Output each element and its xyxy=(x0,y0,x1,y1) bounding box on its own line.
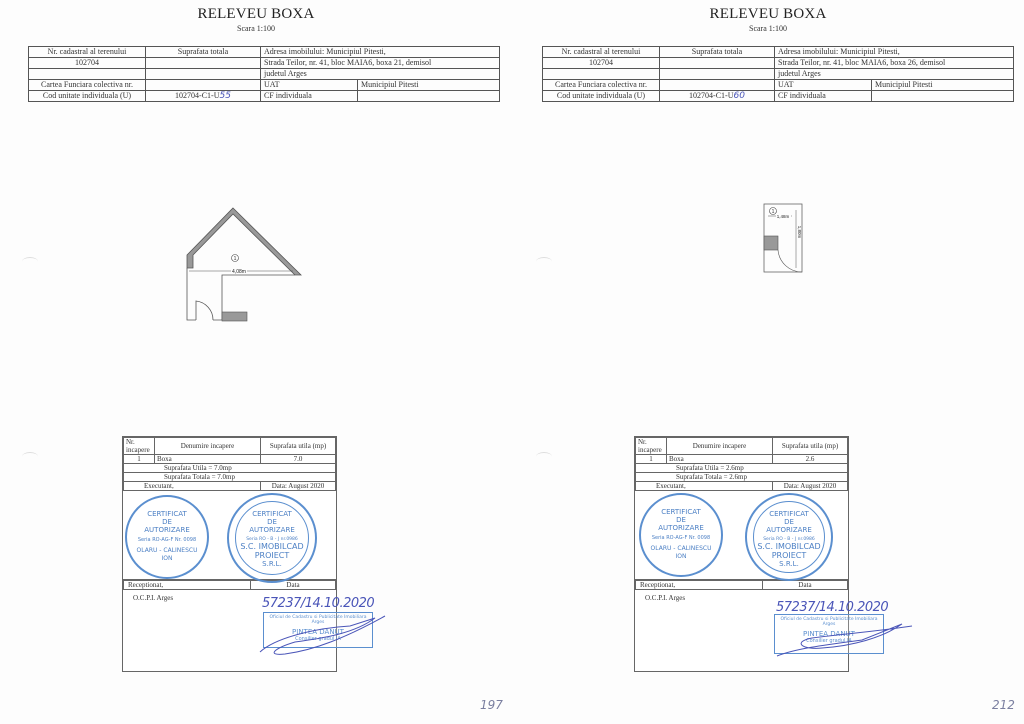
stamp-line: AUTORIZARE xyxy=(229,527,315,534)
col-name: Denumire incapere xyxy=(155,438,261,455)
cf-indiv-value xyxy=(358,91,500,102)
unit-code-handwritten: 60 xyxy=(734,91,745,101)
punch-hole-icon xyxy=(22,257,38,266)
address-line1: Adresa imobilului: Municipiul Pitesti, xyxy=(775,47,1014,58)
stamp-line: DE xyxy=(747,519,831,526)
unit-label: Cod unitate individuala (U) xyxy=(29,91,146,102)
stamp-line: CERTIFICAT xyxy=(747,511,831,518)
dimension-label: 4,08m xyxy=(232,269,246,275)
uat-label: UAT xyxy=(261,80,358,91)
row-name: Boxa xyxy=(667,455,773,464)
cf-indiv-label: CF individuala xyxy=(775,91,872,102)
surface-value xyxy=(660,58,775,69)
authorization-stamp: CERTIFICAT DE AUTORIZARE Seria RO-AG-F N… xyxy=(639,493,723,577)
data-label: Data xyxy=(763,581,848,590)
total-area: Suprafata Totala = 2.6mp xyxy=(636,473,848,482)
uat-value: Municipiul Pitesti xyxy=(872,80,1014,91)
executant-label: Executant, xyxy=(636,482,773,491)
empty-cell xyxy=(660,69,775,80)
unit-label: Cod unitate individuala (U) xyxy=(543,91,660,102)
stamp-line: ION xyxy=(641,553,721,560)
stamp-line: DE xyxy=(127,519,207,526)
stamp-line: CERTIFICAT xyxy=(641,509,721,516)
surface-label: Suprafata totala xyxy=(146,47,261,58)
date-label: Data: August 2020 xyxy=(261,482,336,491)
stamp-line: PROIECT xyxy=(229,552,315,559)
row-nr: 1 xyxy=(636,455,667,464)
header-table: Nr. cadastral al terenului Suprafata tot… xyxy=(28,46,500,102)
stamp-line: CERTIFICAT xyxy=(229,511,315,518)
unit-code-printed: 102704-C1-U xyxy=(175,91,219,100)
address-line2: Strada Teilor, nr. 41, bloc MAIA6, boxa … xyxy=(261,58,500,69)
stamp-line: Seria RO-AG-F Nr. 0098 xyxy=(127,537,207,544)
page-title: RELEVEU BOXA xyxy=(0,6,512,23)
punch-hole-icon xyxy=(536,452,552,461)
dimension-width: 1,48m xyxy=(777,214,790,219)
uat-value: Municipiul Pitesti xyxy=(358,80,500,91)
cf-indiv-label: CF individuala xyxy=(261,91,358,102)
header-table: Nr. cadastral al terenului Suprafata tot… xyxy=(542,46,1014,102)
col-nr: Nr. incapere xyxy=(124,438,155,455)
date-label: Data: August 2020 xyxy=(773,482,848,491)
row-area: 7.0 xyxy=(261,455,336,464)
address-line2: Strada Teilor, nr. 41, bloc MAIA6, boxa … xyxy=(775,58,1014,69)
col-area: Suprafata utila (mp) xyxy=(261,438,336,455)
signature-icon xyxy=(772,612,922,662)
authorization-stamp: CERTIFICAT DE AUTORIZARE Seria RO-AG-F N… xyxy=(125,495,209,579)
punch-hole-icon xyxy=(536,257,552,266)
address-line3: judetul Arges xyxy=(261,69,500,80)
stamp-line: PROIECT xyxy=(747,552,831,559)
stamp-line: AUTORIZARE xyxy=(127,527,207,534)
floor-plan-boxa-21: 1 4,08m xyxy=(185,205,310,325)
cad-value: 102704 xyxy=(543,58,660,69)
stamp-line: CERTIFICAT xyxy=(127,511,207,518)
stamp-line: S.C. IMOBILCAD xyxy=(747,543,831,550)
receptionat-label: Receptionat, xyxy=(124,581,251,590)
stamp-line: S.R.L. xyxy=(229,561,315,568)
page-number: 212 xyxy=(992,698,1015,712)
col-name: Denumire incapere xyxy=(667,438,773,455)
empty-cell xyxy=(29,69,146,80)
unit-code: 102704-C1-U60 xyxy=(660,91,775,102)
cf-value xyxy=(660,80,775,91)
stamp-line: Seria RO-AG-F Nr. 0098 xyxy=(641,535,721,542)
uat-label: UAT xyxy=(775,80,872,91)
empty-cell xyxy=(146,69,261,80)
address-line3: judetul Arges xyxy=(775,69,1014,80)
cf-label: Cartea Funciara colectiva nr. xyxy=(543,80,660,91)
total-area: Suprafata Totala = 7.0mp xyxy=(124,473,336,482)
useful-area: Suprafata Utila = 2.6mp xyxy=(636,464,848,473)
col-nr: Nr. incapere xyxy=(636,438,667,455)
surface-label: Suprafata totala xyxy=(660,47,775,58)
punch-hole-icon xyxy=(22,452,38,461)
stamp-line: S.R.L. xyxy=(747,561,831,568)
stamps-area: CERTIFICAT DE AUTORIZARE Seria RO-AG-F N… xyxy=(635,491,848,580)
signature-icon xyxy=(255,608,405,658)
stamp-line: OLARU - CALINESCU xyxy=(127,547,207,554)
stamp-line: OLARU - CALINESCU xyxy=(641,545,721,552)
surface-value xyxy=(146,58,261,69)
unit-code: 102704-C1-U55 xyxy=(146,91,261,102)
page-right: RELEVEU BOXA Scara 1:100 Nr. cadastral a… xyxy=(512,0,1024,724)
scale-label: Scara 1:100 xyxy=(0,24,512,33)
floor-plan-boxa-26: 1 1,48m 1,80m xyxy=(762,202,807,277)
page-number: 197 xyxy=(480,698,503,712)
cad-label: Nr. cadastral al terenului xyxy=(29,47,146,58)
cad-value: 102704 xyxy=(29,58,146,69)
stamp-line: AUTORIZARE xyxy=(641,525,721,532)
dimension-height: 1,80m xyxy=(797,226,802,239)
scale-label: Scara 1:100 xyxy=(512,24,1024,33)
room-number: 1 xyxy=(234,256,237,262)
stamp-line: S.C. IMOBILCAD xyxy=(229,543,315,550)
room-number: 1 xyxy=(772,209,775,215)
row-nr: 1 xyxy=(124,455,155,464)
cf-indiv-value xyxy=(872,91,1014,102)
company-stamp: CERTIFICAT DE AUTORIZARE Seria RO - B - … xyxy=(227,493,317,583)
col-area: Suprafata utila (mp) xyxy=(773,438,848,455)
row-name: Boxa xyxy=(155,455,261,464)
table-row: 1 Boxa 7.0 xyxy=(124,455,336,464)
stamp-line: AUTORIZARE xyxy=(747,527,831,534)
cad-label: Nr. cadastral al terenului xyxy=(543,47,660,58)
company-stamp: CERTIFICAT DE AUTORIZARE Seria RO - B - … xyxy=(745,493,833,581)
address-line1: Adresa imobilului: Municipiul Pitesti, xyxy=(261,47,500,58)
stamp-line: DE xyxy=(229,519,315,526)
table-row: 1 Boxa 2.6 xyxy=(636,455,848,464)
page-left: RELEVEU BOXA Scara 1:100 Nr. cadastral a… xyxy=(0,0,512,724)
stamp-line: DE xyxy=(641,517,721,524)
empty-cell xyxy=(543,69,660,80)
useful-area: Suprafata Utila = 7.0mp xyxy=(124,464,336,473)
stamp-line: ION xyxy=(127,555,207,562)
row-area: 2.6 xyxy=(773,455,848,464)
cf-label: Cartea Funciara colectiva nr. xyxy=(29,80,146,91)
executant-label: Executant, xyxy=(124,482,261,491)
page-title: RELEVEU BOXA xyxy=(512,6,1024,23)
unit-code-handwritten: 55 xyxy=(220,91,231,101)
stamps-area: CERTIFICAT DE AUTORIZARE Seria RO-AG-F N… xyxy=(123,491,336,580)
receptionat-label: Receptionat, xyxy=(636,581,763,590)
unit-code-printed: 102704-C1-U xyxy=(689,91,733,100)
cf-value xyxy=(146,80,261,91)
